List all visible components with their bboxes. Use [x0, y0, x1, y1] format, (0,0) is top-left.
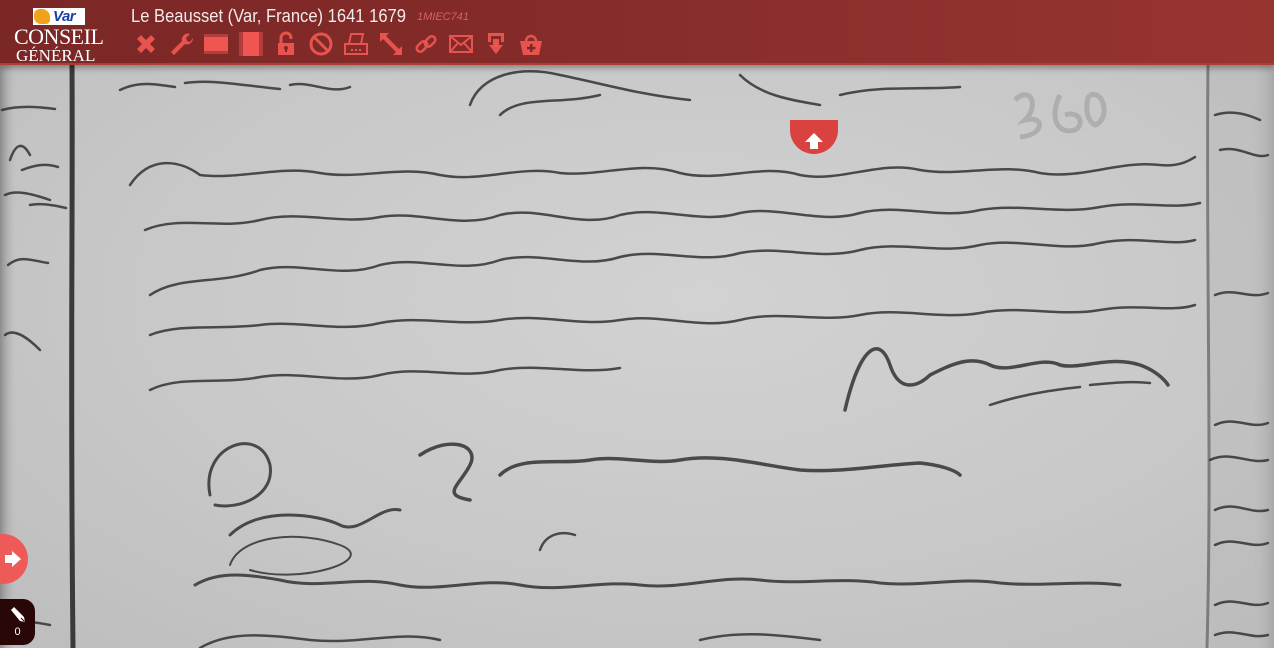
- logo-line2: GÉNÉRAL: [16, 47, 95, 64]
- close-button[interactable]: [128, 28, 163, 60]
- unlock-button[interactable]: [268, 28, 303, 60]
- expand-icon: [378, 31, 404, 57]
- var-map-icon: [34, 9, 50, 24]
- basket-add-icon: [518, 31, 544, 57]
- toolbar: [128, 28, 548, 60]
- settings-button[interactable]: [163, 28, 198, 60]
- print-button[interactable]: [338, 28, 373, 60]
- var-badge: Var: [33, 8, 85, 25]
- download-icon: [483, 31, 509, 57]
- fit-height-icon: [238, 31, 264, 57]
- annotations-button[interactable]: 0: [0, 599, 35, 645]
- fullscreen-button[interactable]: [373, 28, 408, 60]
- conseil-general-var-logo[interactable]: Var CONSEIL GÉNÉRAL: [14, 6, 102, 62]
- fit-width-button[interactable]: [198, 28, 233, 60]
- envelope-icon: [448, 31, 474, 57]
- wrench-icon: [168, 31, 194, 57]
- var-label: Var: [53, 8, 75, 25]
- block-button[interactable]: [303, 28, 338, 60]
- printer-icon: [343, 31, 369, 57]
- link-icon: [413, 31, 439, 57]
- document-code: 1MIEC741: [417, 11, 469, 23]
- x-icon: [133, 31, 159, 57]
- pencil-icon: [9, 606, 27, 624]
- link-button[interactable]: [408, 28, 443, 60]
- scanned-register-page: [0, 65, 1274, 648]
- arrow-up-icon: [804, 132, 824, 150]
- email-button[interactable]: [443, 28, 478, 60]
- download-button[interactable]: [478, 28, 513, 60]
- add-to-basket-button[interactable]: [513, 28, 548, 60]
- unlock-icon: [273, 31, 299, 57]
- no-entry-icon: [308, 31, 334, 57]
- fit-height-button[interactable]: [233, 28, 268, 60]
- logo-line1: CONSEIL: [14, 26, 103, 48]
- app-header: Var CONSEIL GÉNÉRAL Le Beausset (Var, Fr…: [0, 0, 1274, 65]
- annotation-count: 0: [14, 626, 20, 638]
- fit-width-icon: [203, 31, 229, 57]
- document-viewer[interactable]: 0: [0, 65, 1274, 648]
- arrow-right-icon: [4, 550, 22, 568]
- document-title: Le Beausset (Var, France) 1641 1679: [131, 6, 406, 27]
